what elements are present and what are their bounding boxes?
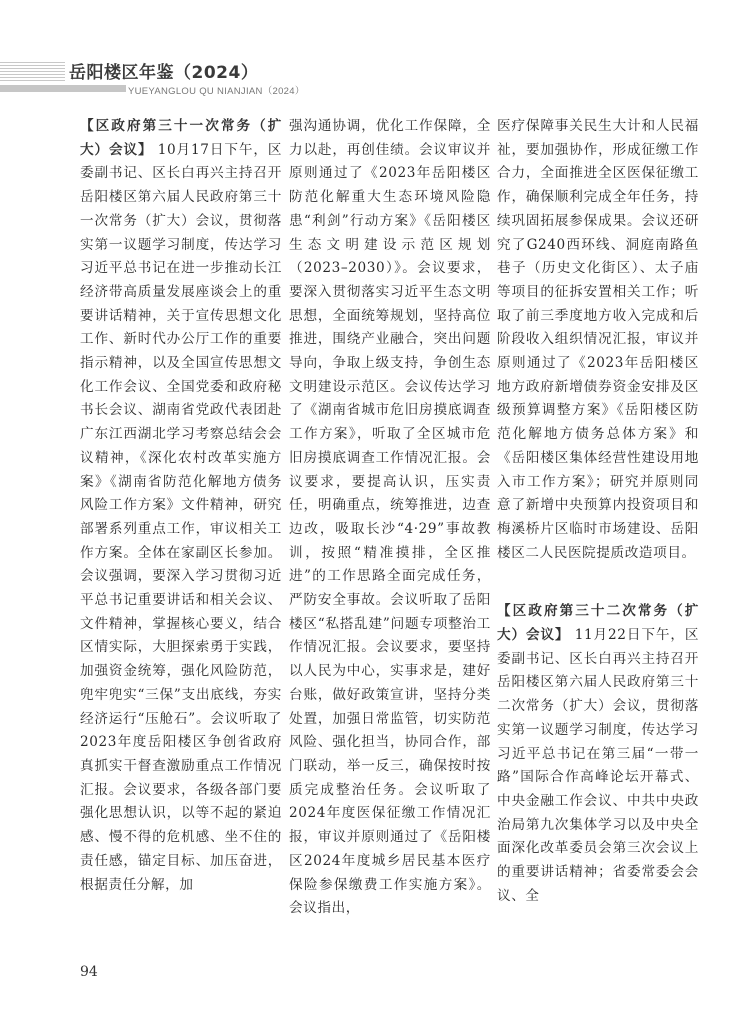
paragraph: 【区政府第三十一次常务（扩大）会议】 10月17日下午，区委副书记、区长白再兴主… (80, 115, 282, 897)
section-body: 11月22日下午，区委副书记、区长白再兴主持召开岳阳楼区第六届人民政府第三十二次… (497, 627, 699, 904)
yearbook-subtitle: YUEYANGLOU QU NIANJIAN（2024） (128, 83, 305, 97)
section-body: 10月17日下午，区委副书记、区长白再兴主持召开岳阳楼区第六届人民政府第三十一次… (80, 142, 282, 893)
paragraph: 强沟通协调，优化工作保障，全力以赴，再创佳绩。会议审议并原则通过了《2023年岳… (289, 115, 491, 921)
section-gap (497, 565, 699, 600)
paragraph: 医疗保障事关民生大计和人民福祉，要加强协作，形成征缴工作合力，全面推进全区医保征… (497, 115, 699, 565)
header-stripes-decoration (0, 62, 65, 82)
text-column-2: 强沟通协调，优化工作保障，全力以赴，再创佳绩。会议审议并原则通过了《2023年岳… (289, 115, 491, 921)
page-header: 岳阳楼区年鉴（2024） YUEYANGLOU QU NIANJIAN（2024… (0, 58, 750, 94)
paragraph: 【区政府第三十二次常务（扩大）会议】 11月22日下午，区委副书记、区长白再兴主… (497, 600, 699, 908)
header-bar-decoration (0, 85, 126, 92)
yearbook-title: 岳阳楼区年鉴（2024） (69, 58, 258, 83)
text-column-1: 【区政府第三十一次常务（扩大）会议】 10月17日下午，区委副书记、区长白再兴主… (80, 115, 282, 897)
text-column-3: 医疗保障事关民生大计和人民福祉，要加强协作，形成征缴工作合力，全面推进全区医保征… (497, 115, 699, 909)
page-number: 94 (80, 964, 98, 980)
